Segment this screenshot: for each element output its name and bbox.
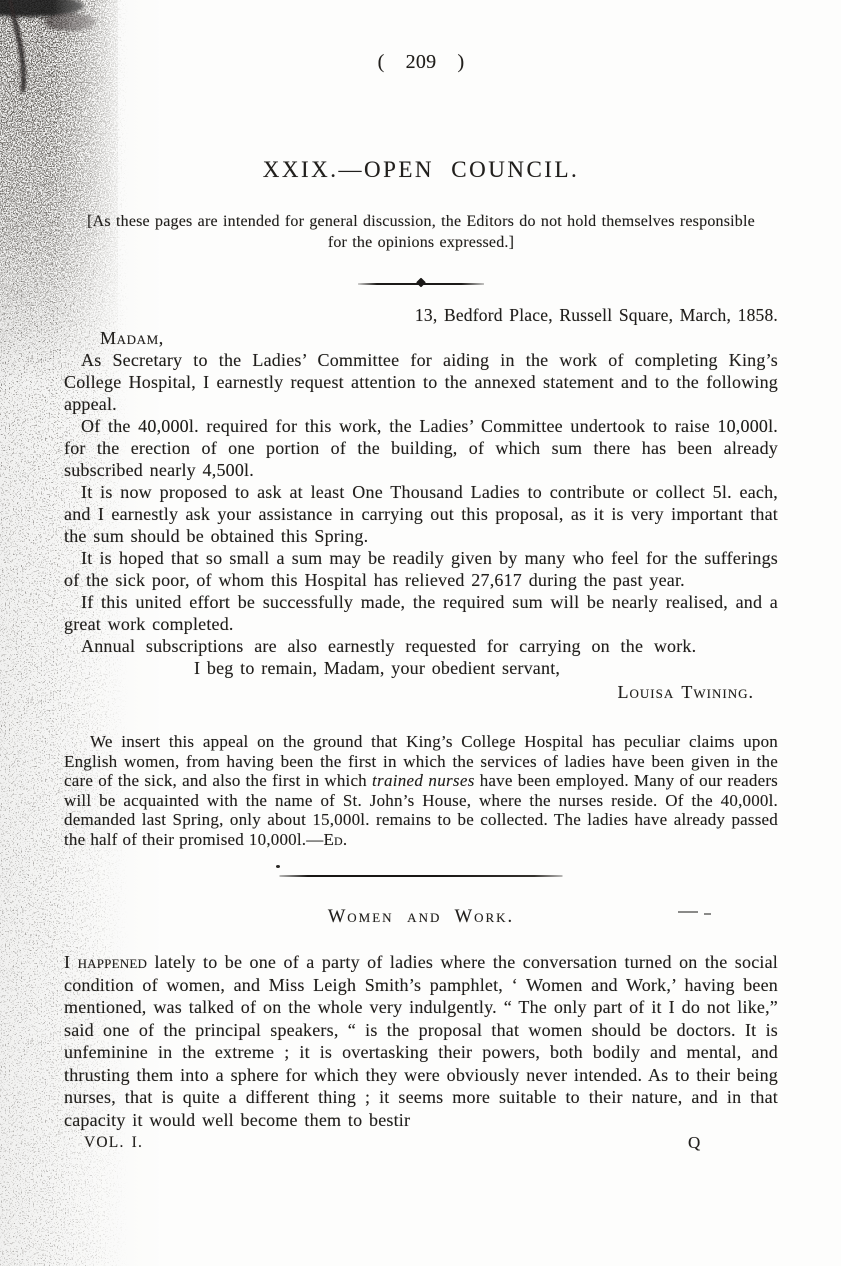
letter-salutation: Madam, (100, 327, 778, 349)
divider-ornament (64, 279, 778, 288)
volume-label: VOL. I. (84, 1132, 143, 1154)
printers-signature-mark: Q (688, 1132, 700, 1154)
letter-paragraph: It is now proposed to ask at least One T… (64, 481, 778, 547)
paragraph-smallcaps-word: happened (78, 952, 148, 972)
editor-reply-italic-phrase: trained nurses (372, 771, 475, 790)
pencil-dash (704, 913, 711, 915)
pencil-stray-mark (678, 911, 712, 917)
letter-paragraph: Annual subscriptions are also earnestly … (64, 635, 778, 657)
page-number: ( 209 ) (64, 50, 778, 74)
article-heading-open-council: XXIX.—OPEN COUNCIL. (64, 156, 778, 184)
letter-closing: I beg to remain, Madam, your obedient se… (194, 657, 778, 679)
page-footer: VOL. I. Q (64, 1132, 778, 1156)
letter-paragraph: If this united effort be successfully ma… (64, 591, 778, 635)
editor-reply-paragraph: We insert this appeal on the ground that… (64, 732, 778, 849)
letter-signature: Louisa Twining. (64, 681, 778, 703)
paragraph-text: lately to be one of a party of ladies wh… (64, 952, 778, 1130)
article-heading-women-and-work: Women and Work. (64, 905, 778, 929)
women-and-work-paragraph: I happened lately to be one of a party o… (64, 951, 778, 1131)
editors-disclaimer-note: [As these pages are intended for general… (76, 211, 766, 253)
ink-speck (276, 865, 280, 868)
divider-diamond-icon (416, 278, 426, 288)
page-content: ( 209 ) XXIX.—OPEN COUNCIL. [As these pa… (64, 0, 778, 1156)
letter-paragraph: Of the 40,000l. required for this work, … (64, 415, 778, 481)
letter-dateline: 13, Bedford Place, Russell Square, March… (64, 304, 778, 326)
paragraph-lead: I (64, 952, 78, 972)
section-divider-rule (280, 875, 563, 877)
scanned-document-page: ( 209 ) XXIX.—OPEN COUNCIL. [As these pa… (0, 0, 841, 1266)
editor-signoff: Ed. (323, 830, 347, 849)
section-divider (64, 868, 778, 880)
article-heading-text: Women and Work. (328, 907, 514, 927)
letter-paragraph: It is hoped that so small a sum may be r… (64, 547, 778, 591)
letter-paragraph: As Secretary to the Ladies’ Committee fo… (64, 349, 778, 415)
pencil-dash (678, 911, 698, 913)
